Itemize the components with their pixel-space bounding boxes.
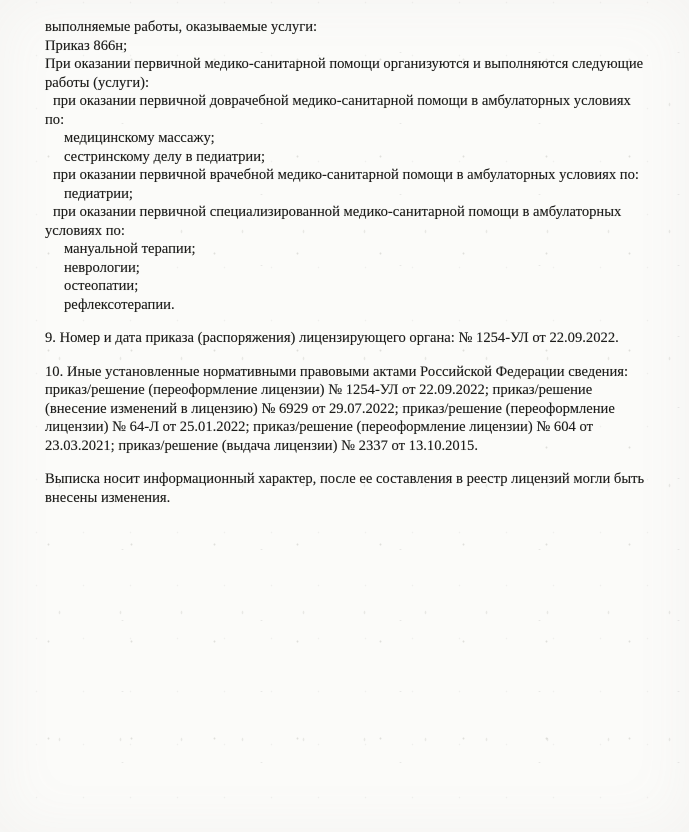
document-line: сестринскому делу в педиатрии; bbox=[45, 148, 665, 167]
document-line: лицензии) № 64-Л от 25.01.2022; приказ/р… bbox=[45, 418, 665, 437]
document-line: При оказании первичной медико-санитарной… bbox=[45, 55, 665, 74]
document-line: при оказании первичной доврачебной медик… bbox=[45, 92, 665, 111]
document-line: приказ/решение (переоформление лицензии)… bbox=[45, 381, 665, 400]
document-line: рефлексотерапии. bbox=[45, 296, 665, 315]
document-text-block: выполняемые работы, оказываемые услуги:П… bbox=[45, 18, 665, 507]
document-line: по: bbox=[45, 111, 665, 130]
document-line: выполняемые работы, оказываемые услуги: bbox=[45, 18, 665, 37]
document-line: медицинскому массажу; bbox=[45, 129, 665, 148]
document-line: Выписка носит информационный характер, п… bbox=[45, 470, 665, 489]
document-line: работы (услуги): bbox=[45, 74, 665, 93]
document-line: 23.03.2021; приказ/решение (выдача лицен… bbox=[45, 437, 665, 456]
document-line: при оказании первичной специализированно… bbox=[45, 203, 665, 222]
scanned-document-page: выполняемые работы, оказываемые услуги:П… bbox=[0, 0, 689, 832]
document-line: педиатрии; bbox=[45, 185, 665, 204]
document-line: внесены изменения. bbox=[45, 489, 665, 508]
document-line: мануальной терапии; bbox=[45, 240, 665, 259]
document-line: (внесение изменений в лицензию) № 6929 о… bbox=[45, 400, 665, 419]
document-line: 10. Иные установленные нормативными прав… bbox=[45, 363, 665, 382]
document-line: при оказании первичной врачебной медико-… bbox=[45, 166, 665, 185]
document-line: остеопатии; bbox=[45, 277, 665, 296]
document-line: условиях по: bbox=[45, 222, 665, 241]
document-line: неврологии; bbox=[45, 259, 665, 278]
document-line: Приказ 866н; bbox=[45, 37, 665, 56]
document-line: 9. Номер и дата приказа (распоряжения) л… bbox=[45, 329, 665, 348]
